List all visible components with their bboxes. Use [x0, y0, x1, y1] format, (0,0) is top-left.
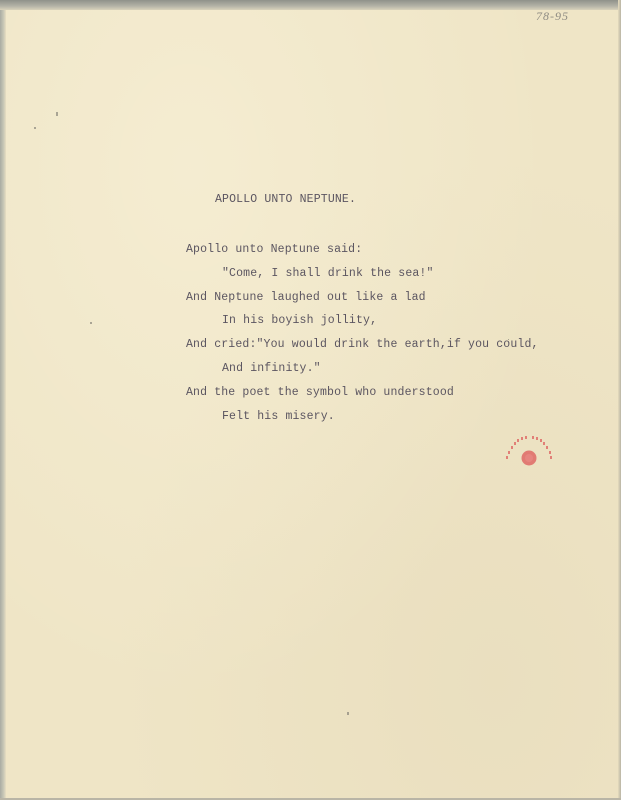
paper-speck: [34, 127, 36, 129]
poem-line: And Neptune laughed out like a lad: [186, 291, 426, 304]
poem-line: And infinity.": [222, 362, 321, 375]
poem-title: APOLLO UNTO NEPTUNE.: [215, 193, 356, 206]
library-stamp-icon: [502, 432, 558, 472]
paper-speck: [508, 339, 509, 340]
poem-line: And cried:"You would drink the earth,if …: [186, 338, 539, 351]
poem-line: In his boyish jollity,: [222, 314, 377, 327]
paper-texture: [6, 10, 618, 798]
scan-top-edge: [0, 0, 621, 10]
poem-line: Apollo unto Neptune said:: [186, 243, 362, 256]
archive-reference-number: 78-95: [536, 9, 569, 24]
poem-line: "Come, I shall drink the sea!": [222, 267, 434, 280]
paper-speck: [347, 712, 349, 715]
paper-speck: [90, 322, 92, 324]
document-page: 78-95 APOLLO UNTO NEPTUNE. Apollo unto N…: [0, 0, 621, 800]
poem-line: And the poet the symbol who understood: [186, 386, 454, 399]
poem-line: Felt his misery.: [222, 410, 335, 423]
paper-speck: [56, 112, 58, 116]
scan-left-edge: [0, 10, 6, 800]
